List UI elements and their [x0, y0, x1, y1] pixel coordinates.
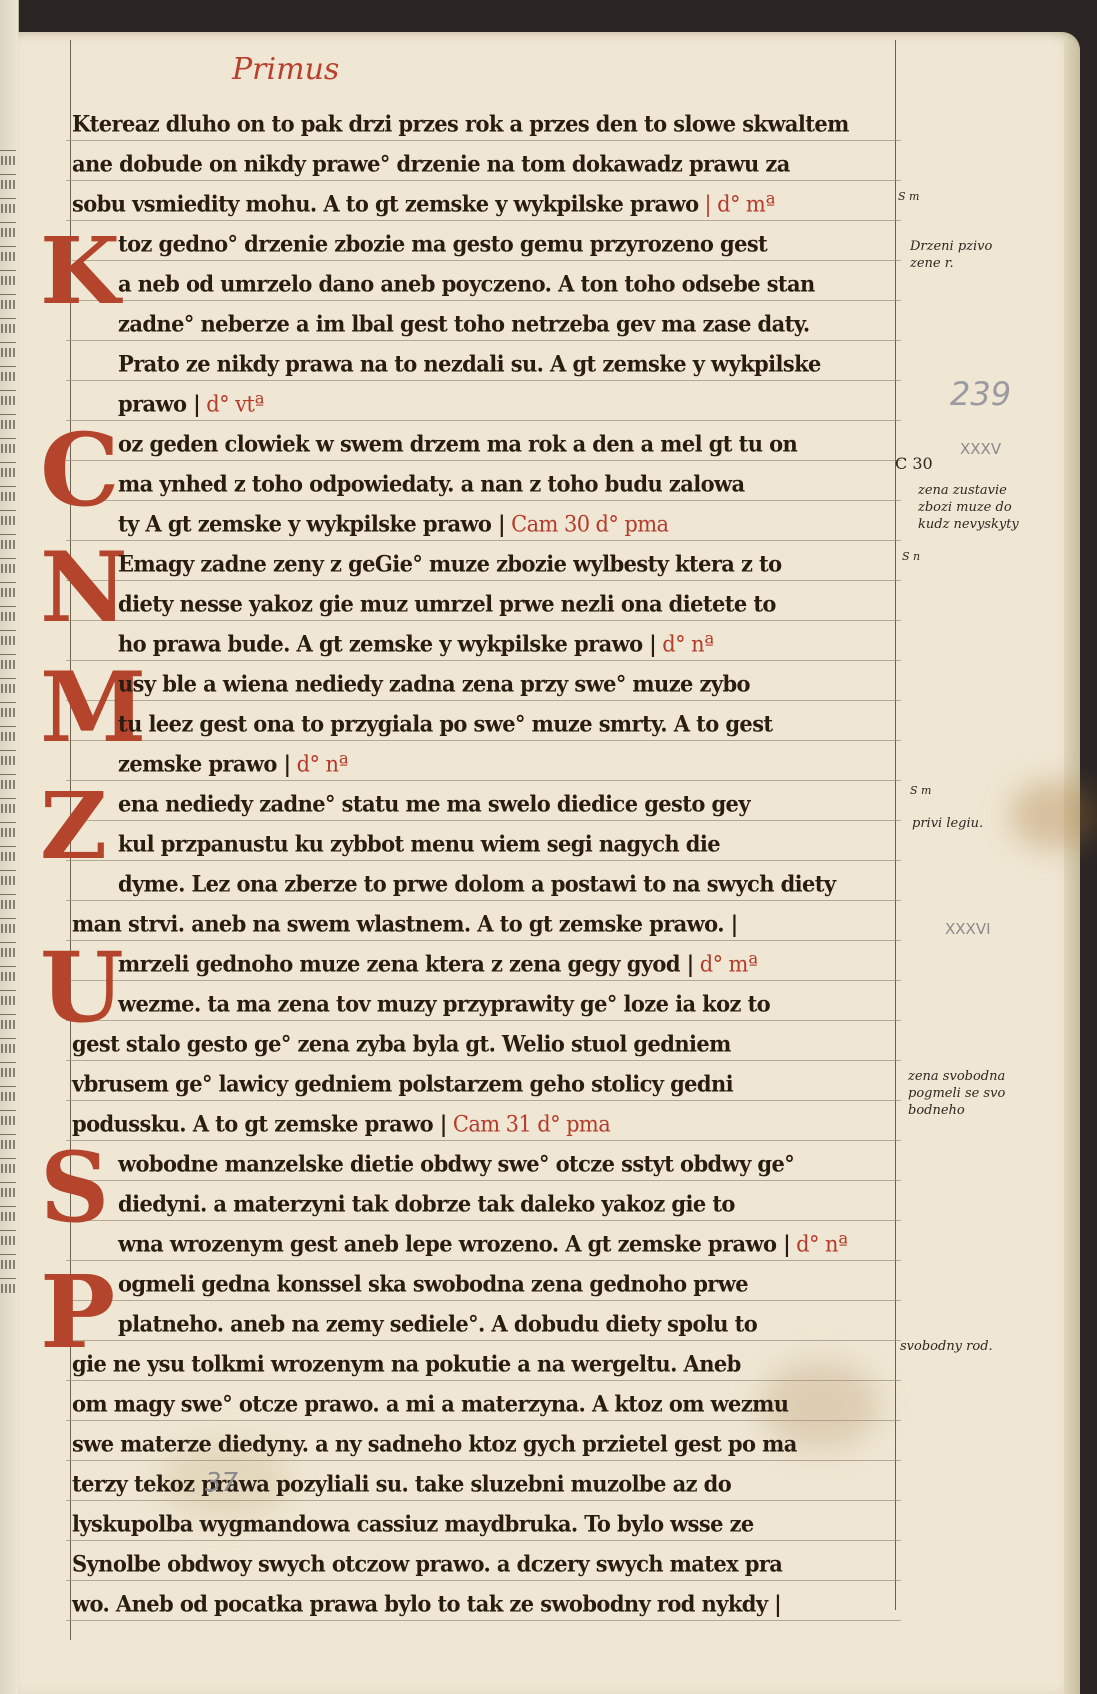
prev-page-rule: [0, 918, 16, 919]
prev-page-rule: [0, 1278, 16, 1279]
ruling-line: [66, 1500, 901, 1501]
text-line: wezme. ta ma zena tov muzy przyprawity g…: [118, 990, 770, 1018]
prev-page-text-fragment: [1, 1188, 16, 1197]
text-line: vbrusem ge° lawicy gedniem polstarzem ge…: [72, 1070, 733, 1098]
prev-page-rule: [0, 990, 16, 991]
text-line: ane dobude on nikdy prawe° drzenie na to…: [72, 150, 790, 178]
text-line: oz geden clowiek w swem drzem ma rok a d…: [118, 430, 797, 458]
ruling-line: [66, 1380, 901, 1381]
decorated-initial-z: Z: [40, 780, 107, 872]
line-text: ho prawa bude. A gt zemske y wykpilske p…: [118, 630, 656, 657]
text-line: om magy swe° otcze prawo. a mi a materzy…: [72, 1390, 788, 1418]
text-line: ho prawa bude. A gt zemske y wykpilske p…: [118, 630, 713, 658]
prev-page-text-fragment: [1, 1260, 16, 1269]
text-line: Emagy zadne zeny z geGie° muze zbozie wy…: [118, 550, 782, 578]
text-line: zadne° neberze a im lbal gest toho netrz…: [118, 310, 810, 338]
prev-page-rule: [0, 318, 16, 319]
prev-page-text-fragment: [1, 852, 16, 861]
ruling-line: [66, 1300, 901, 1301]
text-line: ena nediedy zadne° statu me ma swelo die…: [118, 790, 750, 818]
ruling-line: [66, 1620, 901, 1621]
rubric-reference: d° nª: [291, 751, 348, 777]
line-text: wezme. ta ma zena tov muzy przyprawity g…: [118, 990, 770, 1017]
decorated-initial-p: P: [40, 1262, 115, 1362]
decorated-initial-u: U: [40, 940, 124, 1036]
page-fore-edge: [1064, 40, 1080, 1694]
prev-page-text-fragment: [1, 732, 16, 741]
prev-page-text-fragment: [1, 1068, 16, 1077]
text-line: diedyni. a materzyni tak dobrze tak dale…: [118, 1190, 735, 1218]
ruling-line: [66, 1100, 901, 1101]
prev-page-rule: [0, 1062, 16, 1063]
prev-page-text-fragment: [1, 948, 16, 957]
text-line: sobu vsmiedity mohu. A to gt zemske y wy…: [72, 190, 775, 218]
prev-page-rule: [0, 750, 16, 751]
text-line: mrzeli gednoho muze zena ktera z zena ge…: [118, 950, 757, 978]
ruling-line: [66, 460, 901, 461]
pencil-mark-bottom: 37: [205, 1468, 238, 1498]
text-line: ma ynhed z toho odpowiedaty. a nan z toh…: [118, 470, 744, 498]
rubric-reference: d° vtª: [200, 391, 263, 417]
margin-note-3: privi legiu.: [912, 815, 983, 832]
prev-page-rule: [0, 1086, 16, 1087]
right-margin-rule: [895, 40, 896, 1610]
prev-page-text-fragment: [1, 348, 16, 357]
prev-page-text-fragment: [1, 900, 16, 909]
prev-page-rule: [0, 366, 16, 367]
line-text: ty A gt zemske y wykpilske prawo |: [118, 510, 505, 537]
prev-page-rule: [0, 606, 16, 607]
prev-page-rule: [0, 1110, 16, 1111]
prev-page-rule: [0, 1206, 16, 1207]
prev-page-rule: [0, 462, 16, 463]
prev-page-text-fragment: [1, 396, 16, 405]
prev-page-rule: [0, 774, 16, 775]
decorated-initial-k: K: [40, 225, 120, 317]
prev-page-rule: [0, 630, 16, 631]
line-text: Ktereaz dluho on to pak drzi przes rok a…: [72, 110, 849, 137]
ruling-line: [66, 1020, 901, 1021]
prev-page-rule: [0, 726, 16, 727]
margin-note-4: zena svobodna pogmeli se svo bodneho: [908, 1068, 1005, 1119]
margin-note-1: Drzeni pzivo zene r.: [910, 238, 992, 272]
text-line: prawo | d° vtª: [118, 390, 264, 418]
prev-page-text-fragment: [1, 1236, 16, 1245]
ruling-line: [66, 180, 901, 181]
line-text: ogmeli gedna konssel ska swobodna zena g…: [118, 1270, 748, 1297]
prev-page-text-fragment: [1, 180, 16, 189]
prev-page-text-fragment: [1, 228, 16, 237]
line-text: platneho. aneb na zemy sediele°. A dobud…: [118, 1310, 757, 1337]
line-text: Prato ze nikdy prawa na to nezdali su. A…: [118, 350, 821, 377]
text-line: gie ne ysu tolkmi wrozenym na pokutie a …: [72, 1350, 741, 1378]
line-text: gie ne ysu tolkmi wrozenym na pokutie a …: [72, 1350, 741, 1377]
text-line: tu leez gest ona to przygiala po swe° mu…: [118, 710, 773, 738]
text-line: wo. Aneb od pocatka prawa bylo to tak ze…: [72, 1590, 781, 1618]
prev-page-text-fragment: [1, 372, 16, 381]
ruling-line: [66, 740, 901, 741]
ruling-line: [66, 820, 901, 821]
ruling-line: [66, 1220, 901, 1221]
prev-page-text-fragment: [1, 756, 16, 765]
line-text: ena nediedy zadne° statu me ma swelo die…: [118, 790, 750, 817]
line-text: a neb od umrzelo dano aneb poyczeno. A t…: [118, 270, 815, 297]
prev-page-text-fragment: [1, 420, 16, 429]
line-text: terzy tekoz prawa pozyliali su. take slu…: [72, 1470, 731, 1497]
margin-note-5: svobodny rod.: [900, 1338, 993, 1355]
prev-page-text-fragment: [1, 156, 16, 165]
line-text: wna wrozenym gest aneb lepe wrozeno. A g…: [118, 1230, 790, 1257]
prev-page-rule: [0, 534, 16, 535]
prev-page-text-fragment: [1, 252, 16, 261]
ruling-line: [66, 1420, 901, 1421]
ruling-line: [66, 300, 901, 301]
ruling-line: [66, 1060, 901, 1061]
prev-page-rule: [0, 510, 16, 511]
prev-page-text-fragment: [1, 636, 16, 645]
line-text: lyskupolba wygmandowa cassiuz maydbruka.…: [72, 1510, 754, 1537]
pencil-folio-number: 239: [950, 375, 1011, 413]
prev-page-rule: [0, 414, 16, 415]
prev-page-text-fragment: [1, 684, 16, 693]
margin-small-ref: S m: [910, 782, 931, 799]
ruling-line: [66, 340, 901, 341]
ruling-line: [66, 540, 901, 541]
prev-page-rule: [0, 1230, 16, 1231]
prev-page-text-fragment: [1, 828, 16, 837]
prev-page-rule: [0, 702, 16, 703]
ruling-line: [66, 220, 901, 221]
prev-page-text-fragment: [1, 1212, 16, 1221]
prev-page-text-fragment: [1, 1020, 16, 1029]
text-line: Ktereaz dluho on to pak drzi przes rok a…: [72, 110, 849, 138]
text-line: zemske prawo | d° nª: [118, 750, 348, 778]
ruling-line: [66, 1260, 901, 1261]
margin-small-ref: S m: [898, 188, 919, 205]
ruling-line: [66, 1460, 901, 1461]
line-text: toz gedno° drzenie zbozie ma gesto gemu …: [118, 230, 767, 257]
rubric-reference: d° nª: [790, 1231, 847, 1257]
line-text: zadne° neberze a im lbal gest toho netrz…: [118, 310, 810, 337]
text-line: platneho. aneb na zemy sediele°. A dobud…: [118, 1310, 757, 1338]
prev-page-text-fragment: [1, 300, 16, 309]
prev-page-text-fragment: [1, 468, 16, 477]
ruling-line: [66, 980, 901, 981]
prev-page-rule: [0, 582, 16, 583]
prev-page-rule: [0, 798, 16, 799]
line-text: kul przpanustu ku zybbot menu wiem segi …: [118, 830, 720, 857]
prev-page-rule: [0, 846, 16, 847]
text-line: ty A gt zemske y wykpilske prawo | Cam 3…: [118, 510, 668, 538]
prev-page-rule: [0, 1158, 16, 1159]
prev-page-text-fragment: [1, 612, 16, 621]
text-line: podussku. A to gt zemske prawo | Cam 31 …: [72, 1110, 610, 1138]
prev-page-text-fragment: [1, 276, 16, 285]
ruling-line: [66, 500, 901, 501]
text-line: toz gedno° drzenie zbozie ma gesto gemu …: [118, 230, 767, 258]
ruling-line: [66, 1580, 901, 1581]
rubric-reference: d° nª: [656, 631, 713, 657]
prev-page-text-fragment: [1, 492, 16, 501]
text-line: swe materze diedyny. a ny sadneho ktoz g…: [72, 1430, 797, 1458]
text-line: dyme. Lez ona zberze to prwe dolom a pos…: [118, 870, 836, 898]
text-line: Synolbe obdwoy swych otczow prawo. a dcz…: [72, 1550, 782, 1578]
ruling-line: [66, 380, 901, 381]
prev-page-rule: [0, 966, 16, 967]
text-line: wobodne manzelske dietie obdwy swe° otcz…: [118, 1150, 794, 1178]
text-line: a neb od umrzelo dano aneb poyczeno. A t…: [118, 270, 815, 298]
prev-page-text-fragment: [1, 1044, 16, 1053]
text-line: man strvi. aneb na swem wlastnem. A to g…: [72, 910, 738, 938]
line-text: gest stalo gesto ge° zena zyba byla gt. …: [72, 1030, 731, 1057]
prev-page-text-fragment: [1, 1140, 16, 1149]
line-text: diety nesse yakoz gie muz umrzel prwe ne…: [118, 590, 776, 617]
prev-page-rule: [0, 438, 16, 439]
prev-page-text-fragment: [1, 564, 16, 573]
ruling-line: [66, 140, 901, 141]
line-text: om magy swe° otcze prawo. a mi a materzy…: [72, 1390, 788, 1417]
rubric-reference: Cam 30 d° pma: [505, 511, 668, 537]
ruling-line: [66, 420, 901, 421]
prev-page-text-fragment: [1, 876, 16, 885]
prev-page-text-fragment: [1, 996, 16, 1005]
prev-page-text-fragment: [1, 660, 16, 669]
prev-page-rule: [0, 486, 16, 487]
ruling-line: [66, 900, 901, 901]
prev-page-text-fragment: [1, 540, 16, 549]
prev-page-text-fragment: [1, 324, 16, 333]
prev-page-rule: [0, 1014, 16, 1015]
text-line: wna wrozenym gest aneb lepe wrozeno. A g…: [118, 1230, 847, 1258]
text-line: terzy tekoz prawa pozyliali su. take slu…: [72, 1470, 731, 1498]
ruling-line: [66, 660, 901, 661]
prev-page-text-fragment: [1, 588, 16, 597]
line-text: tu leez gest ona to przygiala po swe° mu…: [118, 710, 773, 737]
line-text: podussku. A to gt zemske prawo |: [72, 1110, 447, 1137]
line-text: wobodne manzelske dietie obdwy swe° otcz…: [118, 1150, 794, 1177]
roman-numeral-marginal: XXXV: [960, 440, 1001, 458]
line-text: wo. Aneb od pocatka prawa bylo to tak ze…: [72, 1590, 781, 1617]
rubric-reference: | d° mª: [698, 191, 774, 217]
line-text: Emagy zadne zeny z geGie° muze zbozie wy…: [118, 550, 782, 577]
prev-page-text-fragment: [1, 924, 16, 933]
line-text: mrzeli gednoho muze zena ktera z zena ge…: [118, 950, 694, 977]
text-line: usy ble a wiena nediedy zadna zena przy …: [118, 670, 750, 698]
prev-page-text-fragment: [1, 444, 16, 453]
prev-page-text-fragment: [1, 1284, 16, 1293]
line-text: swe materze diedyny. a ny sadneho ktoz g…: [72, 1430, 797, 1457]
prev-page-rule: [0, 1254, 16, 1255]
prev-page-rule: [0, 654, 16, 655]
text-line: diety nesse yakoz gie muz umrzel prwe ne…: [118, 590, 776, 618]
line-text: diedyni. a materzyni tak dobrze tak dale…: [118, 1190, 735, 1217]
text-line: ogmeli gedna konssel ska swobodna zena g…: [118, 1270, 748, 1298]
prev-page-rule: [0, 894, 16, 895]
prev-page-text-fragment: [1, 1092, 16, 1101]
prev-page-text-fragment: [1, 708, 16, 717]
prev-page-rule: [0, 1182, 16, 1183]
prev-page-rule: [0, 174, 16, 175]
ruling-line: [66, 1180, 901, 1181]
roman-numeral-marginal: XXXVI: [945, 920, 991, 938]
line-text: dyme. Lez ona zberze to prwe dolom a pos…: [118, 870, 836, 897]
prev-page-rule: [0, 342, 16, 343]
prev-page-text-fragment: [1, 204, 16, 213]
ruling-line: [66, 780, 901, 781]
prev-page-rule: [0, 246, 16, 247]
prev-page-rule: [0, 294, 16, 295]
rubric-reference: d° mª: [694, 951, 758, 977]
margin-small-ref: S n: [902, 548, 920, 565]
text-line: lyskupolba wygmandowa cassiuz maydbruka.…: [72, 1510, 754, 1538]
line-text: vbrusem ge° lawicy gedniem polstarzem ge…: [72, 1070, 733, 1097]
prev-page-rule: [0, 198, 16, 199]
prev-page-rule: [0, 270, 16, 271]
line-text: man strvi. aneb na swem wlastnem. A to g…: [72, 910, 738, 937]
prev-page-rule: [0, 678, 16, 679]
line-text: oz geden clowiek w swem drzem ma rok a d…: [118, 430, 797, 457]
prev-page-text-fragment: [1, 972, 16, 981]
ruling-line: [66, 1340, 901, 1341]
prev-page-text-fragment: [1, 780, 16, 789]
ruling-line: [66, 1540, 901, 1541]
ruling-line: [66, 1140, 901, 1141]
ruling-line: [66, 580, 901, 581]
running-title: Primus: [232, 52, 339, 87]
prev-page-rule: [0, 222, 16, 223]
stain: [1010, 780, 1097, 850]
rubric-reference: Cam 31 d° pma: [447, 1111, 610, 1137]
ruling-line: [66, 260, 901, 261]
prev-page-rule: [0, 150, 16, 151]
chapter-reference: C 30: [895, 455, 933, 472]
prev-page-rule: [0, 558, 16, 559]
line-text: sobu vsmiedity mohu. A to gt zemske y wy…: [72, 190, 698, 217]
text-line: kul przpanustu ku zybbot menu wiem segi …: [118, 830, 720, 858]
margin-note-2: zena zustavie zbozi muze do kudz nevysky…: [918, 482, 1019, 533]
prev-page-text-fragment: [1, 1116, 16, 1125]
previous-page-edge: [0, 0, 19, 1694]
line-text: usy ble a wiena nediedy zadna zena przy …: [118, 670, 750, 697]
ruling-line: [66, 700, 901, 701]
text-line: gest stalo gesto ge° zena zyba byla gt. …: [72, 1030, 731, 1058]
manuscript-scan: Primus KCNMZUSP Ktereaz dluho on to pak …: [0, 0, 1097, 1694]
ruling-line: [66, 940, 901, 941]
text-line: Prato ze nikdy prawa na to nezdali su. A…: [118, 350, 821, 378]
prev-page-text-fragment: [1, 804, 16, 813]
decorated-initial-c: C: [40, 420, 120, 520]
prev-page-rule: [0, 1038, 16, 1039]
prev-page-text-fragment: [1, 516, 16, 525]
line-text: ma ynhed z toho odpowiedaty. a nan z toh…: [118, 470, 744, 497]
prev-page-text-fragment: [1, 1164, 16, 1173]
prev-page-rule: [0, 390, 16, 391]
decorated-initial-n: N: [40, 540, 128, 636]
prev-page-rule: [0, 870, 16, 871]
prev-page-rule: [0, 1134, 16, 1135]
prev-page-rule: [0, 822, 16, 823]
prev-page-rule: [0, 942, 16, 943]
ruling-line: [66, 860, 901, 861]
decorated-initial-s: S: [40, 1140, 109, 1236]
line-text: zemske prawo |: [118, 750, 291, 777]
line-text: Synolbe obdwoy swych otczow prawo. a dcz…: [72, 1550, 782, 1577]
line-text: ane dobude on nikdy prawe° drzenie na to…: [72, 150, 790, 177]
ruling-line: [66, 620, 901, 621]
line-text: prawo |: [118, 390, 200, 417]
